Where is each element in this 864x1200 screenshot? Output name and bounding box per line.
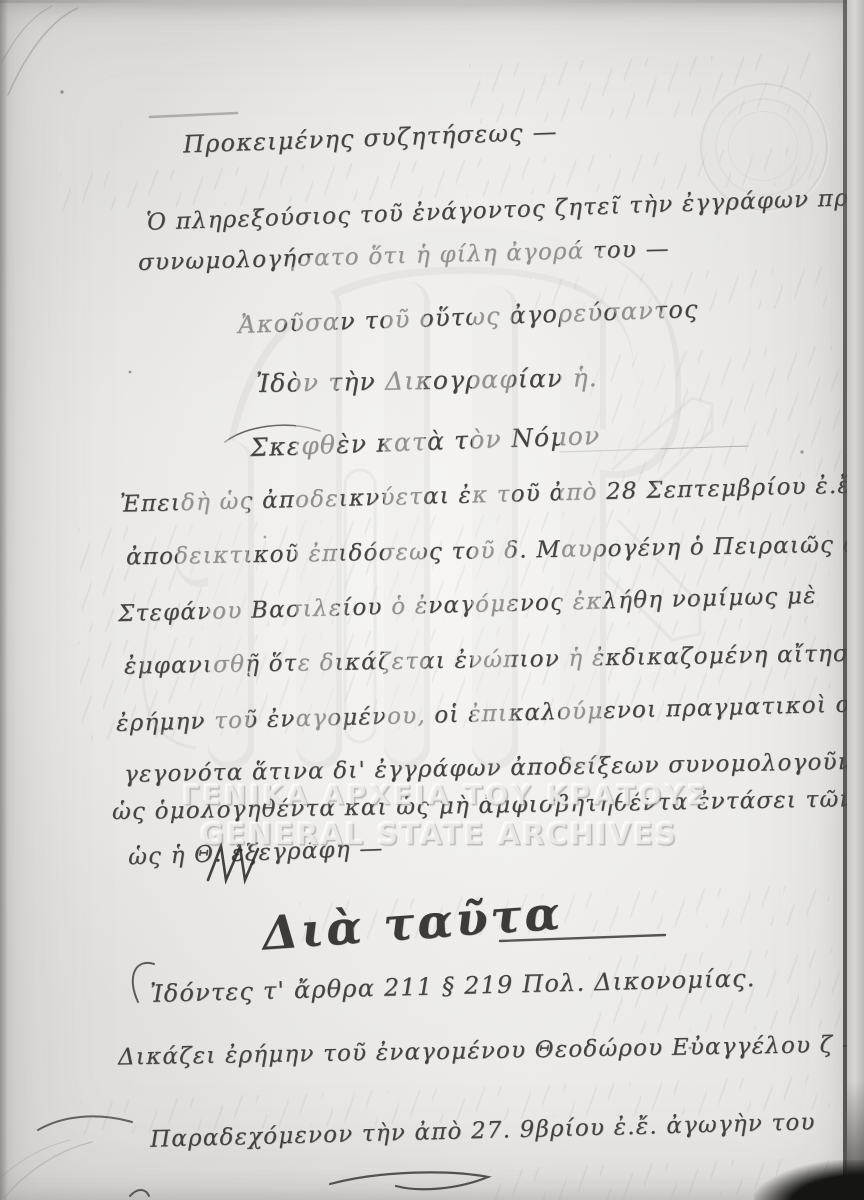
lead-in-swash [38, 1116, 132, 1130]
handwritten-line-heading: Προκειμένης συζητήσεως — [183, 117, 558, 158]
scan-left-edge [0, 0, 8, 1200]
handwritten-line-body2: ἀποδεικτικοῦ ἐπιδόσεως τοῦ δ. Μαυρογένη … [126, 532, 858, 571]
corner-crease [2, 6, 52, 62]
corner-crease [0, 1140, 70, 1178]
handwritten-line-arthra: Ἰδόντες τ' ἄρθρα 211 § 219 Πολ. Δικονομί… [150, 964, 756, 1008]
watermark-text-greek: ΓΕΝΙΚΑ ΑΡΧΕΙΑ ΤΟΥ ΚΡΑΤΟΥΣ [182, 780, 708, 811]
handwritten-line-body5: ἐρήμην τοῦ ἐναγομένου, οἱ ἐπικαλούμενοι … [116, 691, 864, 737]
handwritten-line-para2: συνωμολογήσατο ὅτι ἡ φίλη ἀγορά του — [138, 236, 670, 276]
watermark-text-english: GENERAL STATE ARCHIVES [200, 817, 678, 851]
handwritten-line-body3: Στεφάνου Βασιλείου ὁ ἐναγόμενος ἐκλήθη ν… [118, 583, 817, 627]
paper-speck [60, 90, 63, 93]
handwritten-line-body4: ἐμφανισθῇ ὅτε δικάζεται ἐνώπιον ἡ ἐκδικα… [124, 640, 864, 679]
handwritten-line-dia-tafta: Διὰ ταῦτα [260, 886, 564, 961]
adjacent-page-strip [847, 0, 864, 1200]
paper-speck [264, 536, 267, 539]
paper-speck [800, 450, 803, 453]
handwritten-line-skefthen: Σκεφθὲν κατὰ τὸν Νόμον [250, 421, 601, 462]
handwritten-line-idon: Ἰδὸν τὴν Δικογραφίαν ἡ. [256, 363, 598, 398]
handwritten-line-dikazei: Δικάζει ἐρήμην τοῦ ἐναγομένου Θεοδώρου Ε… [118, 1031, 864, 1070]
handwritten-line-akousan: Ἀκοῦσαν τοῦ οὕτως ἀγορεύσαντος [238, 295, 699, 339]
stray-pen-mark [130, 1190, 149, 1196]
pencil-mark [150, 113, 237, 117]
scan-top-edge [0, 0, 864, 3]
scanned-page: ΓΕΝΙΚΑ ΑΡΧΕΙΑ ΤΟΥ ΚΡΑΤΟΥΣ GENERAL STATE … [0, 0, 864, 1200]
paper-speck [129, 371, 132, 374]
handwritten-line-body1: Ἐπειδὴ ὡς ἀποδεικνύεται ἐκ τοῦ ἀπὸ 28 Σε… [120, 472, 860, 517]
underline-flourish [330, 1172, 488, 1189]
handwritten-line-paradexomenon: Παραδεχόμενον τὴν ἀπὸ 27. 9βρίου ἐ.ἔ. ἀγ… [150, 1109, 816, 1152]
handwritten-line-para1: Ὁ πληρεξούσιος τοῦ ἐνάγοντος ζητεῖ τὴν ἐ… [146, 182, 864, 236]
corner-crease [8, 8, 78, 95]
corner-crease [4, 1142, 92, 1198]
gutter-shadow [754, 1160, 864, 1200]
bleedthrough-texture [588, 346, 842, 485]
